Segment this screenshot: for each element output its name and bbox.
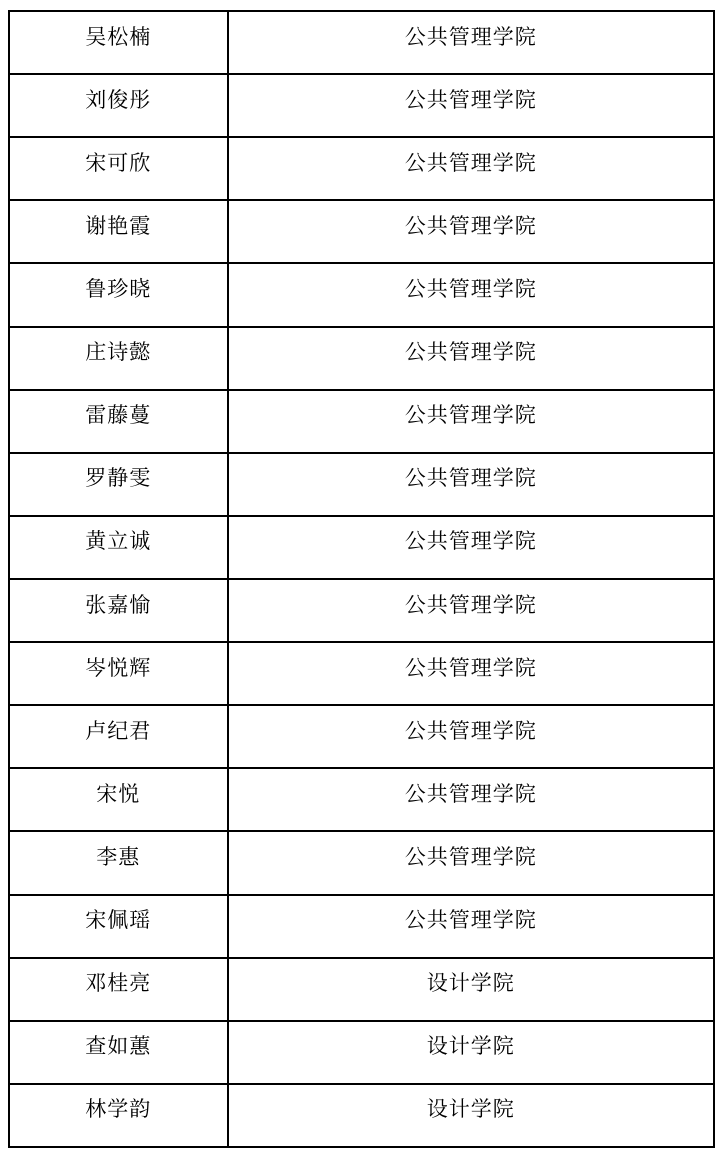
table-row: 鲁珍晓 公共管理学院: [9, 263, 714, 326]
student-college-table: 吴松楠 公共管理学院 刘俊彤 公共管理学院 宋可欣 公共管理学院 谢艳霞 公共管…: [8, 10, 715, 1148]
student-name-cell: 庄诗懿: [9, 327, 228, 390]
table-row: 卢纪君 公共管理学院: [9, 705, 714, 768]
student-name-cell: 黄立诚: [9, 516, 228, 579]
student-name-cell: 张嘉愉: [9, 579, 228, 642]
student-name-cell: 卢纪君: [9, 705, 228, 768]
student-name-cell: 岑悦辉: [9, 642, 228, 705]
college-cell: 设计学院: [228, 1021, 714, 1084]
college-cell: 公共管理学院: [228, 200, 714, 263]
table-row: 雷藤蔓 公共管理学院: [9, 390, 714, 453]
student-name-cell: 林学韵: [9, 1084, 228, 1147]
college-cell: 公共管理学院: [228, 11, 714, 74]
table-row: 查如蕙 设计学院: [9, 1021, 714, 1084]
table-row: 宋佩瑶 公共管理学院: [9, 895, 714, 958]
college-cell: 公共管理学院: [228, 137, 714, 200]
student-name-cell: 谢艳霞: [9, 200, 228, 263]
student-name-cell: 刘俊彤: [9, 74, 228, 137]
table-row: 罗静雯 公共管理学院: [9, 453, 714, 516]
student-name-cell: 宋佩瑶: [9, 895, 228, 958]
student-name-cell: 宋悦: [9, 768, 228, 831]
college-cell: 设计学院: [228, 1084, 714, 1147]
college-cell: 公共管理学院: [228, 453, 714, 516]
table-row: 谢艳霞 公共管理学院: [9, 200, 714, 263]
student-name-cell: 查如蕙: [9, 1021, 228, 1084]
college-cell: 公共管理学院: [228, 516, 714, 579]
table-row: 林学韵 设计学院: [9, 1084, 714, 1147]
table-row: 黄立诚 公共管理学院: [9, 516, 714, 579]
student-name-cell: 邓桂亮: [9, 958, 228, 1021]
college-cell: 公共管理学院: [228, 327, 714, 390]
table-body: 吴松楠 公共管理学院 刘俊彤 公共管理学院 宋可欣 公共管理学院 谢艳霞 公共管…: [9, 11, 714, 1147]
table-row: 李惠 公共管理学院: [9, 831, 714, 894]
table-row: 岑悦辉 公共管理学院: [9, 642, 714, 705]
college-cell: 公共管理学院: [228, 263, 714, 326]
college-cell: 公共管理学院: [228, 768, 714, 831]
table-row: 宋悦 公共管理学院: [9, 768, 714, 831]
table-row: 张嘉愉 公共管理学院: [9, 579, 714, 642]
student-name-cell: 鲁珍晓: [9, 263, 228, 326]
student-name-cell: 李惠: [9, 831, 228, 894]
table-row: 刘俊彤 公共管理学院: [9, 74, 714, 137]
college-cell: 设计学院: [228, 958, 714, 1021]
college-cell: 公共管理学院: [228, 831, 714, 894]
student-name-cell: 罗静雯: [9, 453, 228, 516]
student-name-cell: 雷藤蔓: [9, 390, 228, 453]
student-name-cell: 宋可欣: [9, 137, 228, 200]
college-cell: 公共管理学院: [228, 74, 714, 137]
table-row: 庄诗懿 公共管理学院: [9, 327, 714, 390]
table-row: 宋可欣 公共管理学院: [9, 137, 714, 200]
college-cell: 公共管理学院: [228, 642, 714, 705]
college-cell: 公共管理学院: [228, 579, 714, 642]
college-cell: 公共管理学院: [228, 705, 714, 768]
student-name-cell: 吴松楠: [9, 11, 228, 74]
college-cell: 公共管理学院: [228, 390, 714, 453]
table-row: 邓桂亮 设计学院: [9, 958, 714, 1021]
table-row: 吴松楠 公共管理学院: [9, 11, 714, 74]
college-cell: 公共管理学院: [228, 895, 714, 958]
